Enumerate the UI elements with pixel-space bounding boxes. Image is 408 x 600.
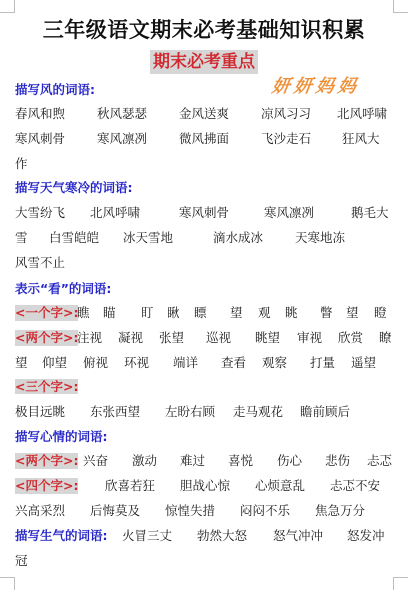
word-row: <两个字>: 兴奋 激动 难过 喜悦 伤心 悲伤 忐忑	[15, 453, 395, 469]
word: 寒风刺骨	[15, 131, 65, 147]
word-row: 春风和煦 秋风瑟瑟 金风送爽 凉风习习 北风呼啸	[15, 106, 395, 122]
page-corner-mark	[0, 577, 15, 590]
word: 寒风刺骨	[179, 205, 229, 221]
word: 怒气冲冲	[273, 528, 323, 544]
tag-three-char: <三个字>:	[15, 379, 78, 394]
word: 瞟	[194, 305, 207, 321]
word: 金风送爽	[179, 106, 229, 122]
word: 观	[258, 305, 271, 321]
tag-four-char: <四个字>:	[15, 478, 78, 494]
word: 心烦意乱	[255, 478, 305, 494]
word: 瞄	[103, 305, 116, 321]
word: 寒风凛冽	[264, 205, 314, 221]
subtitle: 期末必考重点	[150, 50, 258, 74]
word: 后悔莫及	[90, 503, 140, 519]
word: 兴奋	[83, 453, 108, 469]
word: 注视	[77, 330, 102, 346]
word: 惊惶失措	[165, 503, 215, 519]
word: 瞧	[77, 305, 90, 321]
word-row: 寒风刺骨 寒风凛冽 微风拂面 飞沙走石 狂风大	[15, 131, 395, 147]
tag-one-char: <一个字>:	[15, 305, 78, 321]
tag-two-char: <两个字>:	[15, 453, 78, 469]
word: 作	[15, 156, 28, 172]
word: 仰望	[42, 355, 67, 371]
section-heading-look: 表示“看”的词语:	[15, 281, 111, 297]
word: 忐忑不安	[330, 478, 380, 494]
word: 飞沙走石	[261, 131, 311, 147]
word: 瞥	[320, 305, 333, 321]
word: 火冒三丈	[122, 528, 172, 544]
word: 极目远眺	[15, 404, 65, 420]
signature: 妍妍妈妈	[270, 72, 362, 98]
word-row: 雪 白雪皑皑 冰天雪地 滴水成冰 天寒地冻	[15, 230, 395, 246]
word: 瞻前顾后	[300, 404, 350, 420]
word-row: 望 仰望 俯视 环视 端详 查看 观察 打量 遥望	[15, 355, 395, 371]
word: 望	[346, 305, 359, 321]
word: 望	[230, 305, 243, 321]
word: 北风呼啸	[337, 106, 387, 122]
word: 查看	[221, 355, 246, 371]
word: 凝视	[118, 330, 143, 346]
word: 瞭	[379, 330, 392, 346]
word: 瞅	[167, 305, 180, 321]
word: 盯	[141, 305, 154, 321]
word: 望	[15, 355, 28, 371]
word: 白雪皑皑	[49, 230, 99, 246]
word: 欣喜若狂	[105, 478, 155, 494]
word: 微风拂面	[179, 131, 229, 147]
word: 北风呼啸	[90, 205, 140, 221]
page-corner-mark	[393, 0, 408, 13]
word: 打量	[310, 355, 335, 371]
word: 走马观花	[233, 404, 283, 420]
word: 瞪	[374, 305, 387, 321]
word-row: 大雪纷飞 北风呼啸 寒风刺骨 寒风凛冽 鹅毛大	[15, 205, 395, 221]
word: 春风和煦	[15, 106, 65, 122]
section-heading-wind: 描写风的词语:	[15, 82, 95, 98]
word: 寒风凛冽	[97, 131, 147, 147]
word: 巡视	[206, 330, 231, 346]
page-corner-mark	[393, 577, 408, 590]
word: 欣赏	[338, 330, 363, 346]
word: 激动	[132, 453, 157, 469]
word: 观察	[262, 355, 287, 371]
word: 雪	[15, 230, 28, 246]
section-heading-cold: 描写天气寒冷的词语:	[15, 180, 133, 196]
word: 眺	[285, 305, 298, 321]
word: 端详	[173, 355, 198, 371]
word: 悲伤	[325, 453, 350, 469]
word: 冠	[15, 553, 28, 569]
word: 难过	[180, 453, 205, 469]
word: 伤心	[277, 453, 302, 469]
word: 狂风大	[342, 131, 380, 147]
word: 环视	[124, 355, 149, 371]
word: 天寒地冻	[295, 230, 345, 246]
word-row: <四个字>: 欣喜若狂 胆战心惊 心烦意乱 忐忑不安	[15, 478, 395, 494]
word: 滴水成冰	[213, 230, 263, 246]
word-row: <一个字>: 瞧 瞄 盯 瞅 瞟 望 观 眺 瞥 望 瞪	[15, 305, 395, 321]
section-heading-mood: 描写心情的词语:	[15, 429, 108, 445]
word: 左盼右顾	[165, 404, 215, 420]
word: 张望	[159, 330, 184, 346]
word: 审视	[297, 330, 322, 346]
word: 遥望	[351, 355, 376, 371]
word-row: 兴高采烈 后悔莫及 惊惶失措 闷闷不乐 焦急万分	[15, 503, 395, 519]
word: 眺望	[255, 330, 280, 346]
word-row: <两个字>: 注视 凝视 张望 巡视 眺望 审视 欣赏 瞭	[15, 330, 395, 346]
word: 胆战心惊	[180, 478, 230, 494]
word: 勃然大怒	[197, 528, 247, 544]
word: 凉风习习	[261, 106, 311, 122]
word: 俯视	[83, 355, 108, 371]
word-row: <三个字>:	[15, 379, 78, 395]
section-heading-angry: 描写生气的词语:	[15, 528, 108, 544]
word: 秋风瑟瑟	[97, 106, 147, 122]
word: 喜悦	[228, 453, 253, 469]
word: 大雪纷飞	[15, 205, 65, 221]
page-title: 三年级语文期末必考基础知识积累	[0, 14, 408, 44]
tag-two-char: <两个字>:	[15, 330, 78, 346]
word: 焦急万分	[315, 503, 365, 519]
word: 风雪不止	[15, 255, 65, 271]
word-row: 极目远眺 东张西望 左盼右顾 走马观花 瞻前顾后	[15, 404, 395, 420]
word: 怒发冲	[347, 528, 385, 544]
word: 冰天雪地	[123, 230, 173, 246]
word: 鹅毛大	[351, 205, 389, 221]
word-row: 描写生气的词语: 火冒三丈 勃然大怒 怒气冲冲 怒发冲	[15, 528, 395, 544]
word: 闷闷不乐	[240, 503, 290, 519]
page-corner-mark	[0, 0, 15, 13]
word: 忐忑	[367, 453, 392, 469]
word: 兴高采烈	[15, 503, 65, 519]
word: 东张西望	[90, 404, 140, 420]
subtitle-wrap: 期末必考重点	[0, 50, 408, 74]
